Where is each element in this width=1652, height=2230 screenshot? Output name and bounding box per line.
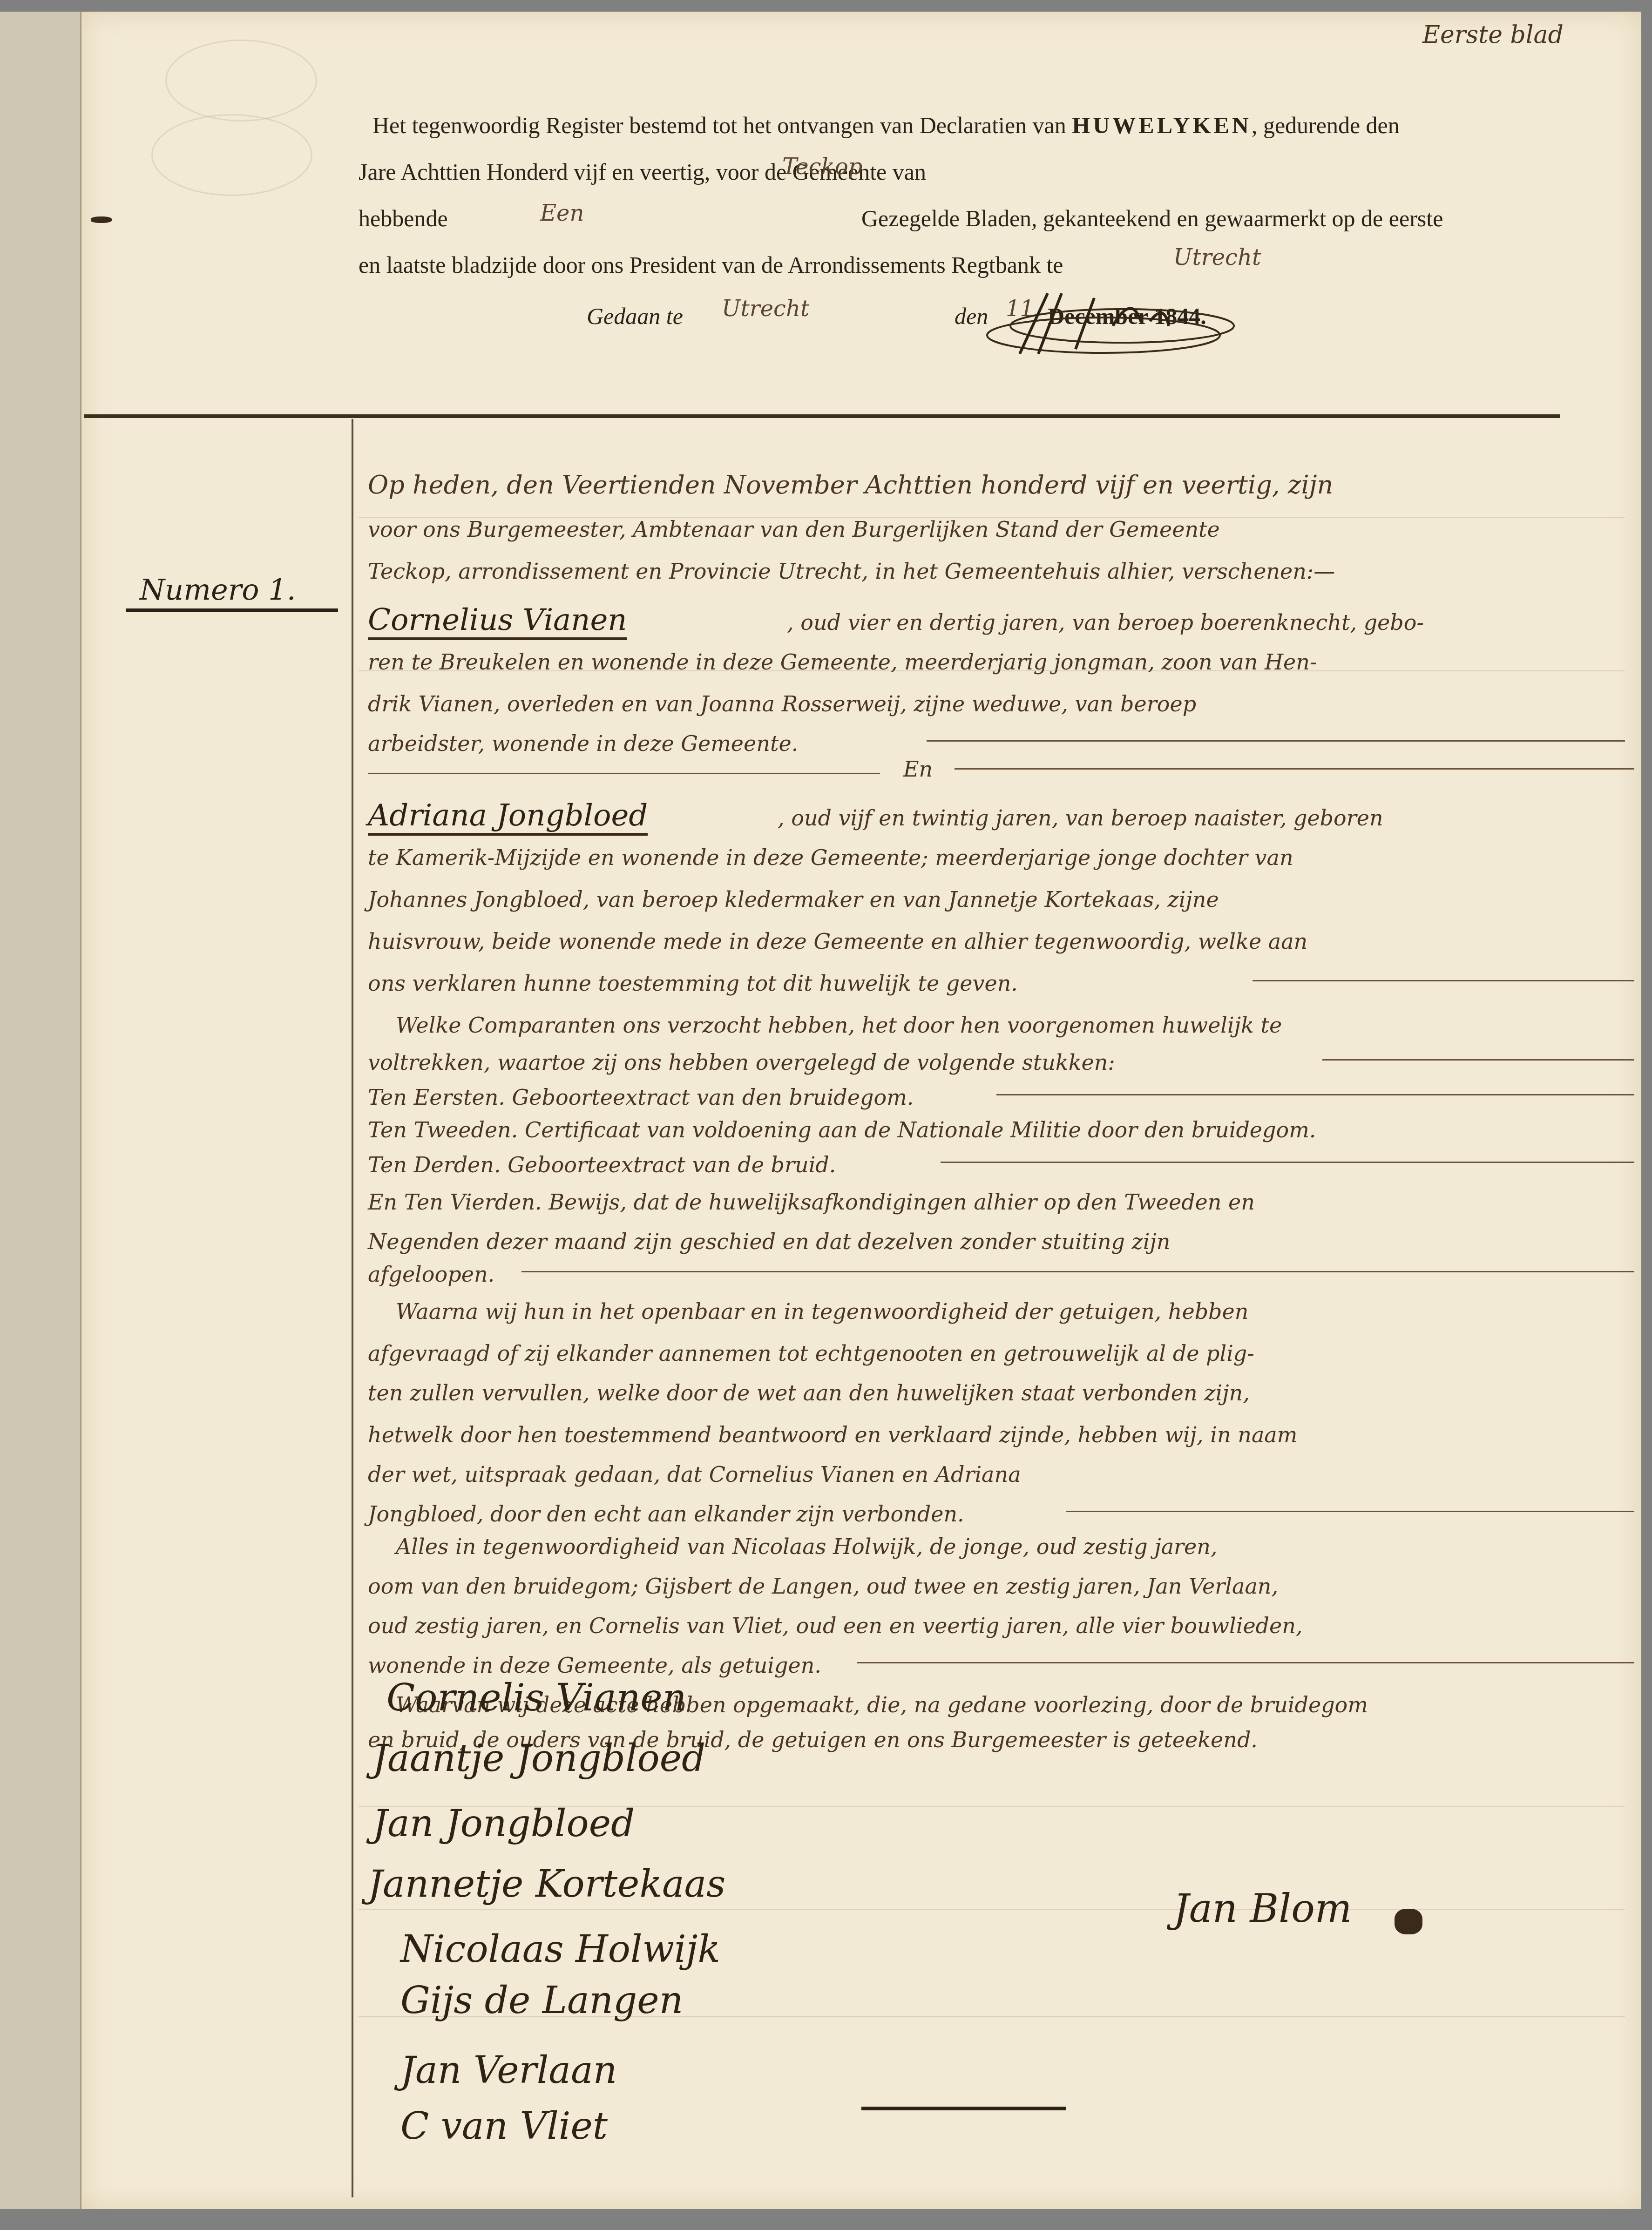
record-line: Welke Comparanten ons verzocht hebben, h… [396, 1013, 1282, 1038]
record-line-groom: Cornelius Vianen [368, 603, 627, 637]
record-line: Teckop, arrondissement en Provincie Utre… [368, 559, 1335, 584]
header-text: hebbende [359, 205, 448, 231]
court-city-handwritten: Utrecht [1173, 244, 1261, 270]
header-text: en laatste bladzijde door ons President … [359, 252, 1063, 278]
en-separator: En [903, 757, 933, 782]
record-line: oud zestig jaren, en Cornelis van Vliet,… [368, 1613, 1303, 1638]
filler-line [927, 740, 1625, 742]
filler-line [1253, 980, 1634, 981]
corner-note: Eerste blad [1422, 21, 1564, 49]
embossed-seal-icon [151, 114, 312, 196]
filler-line [996, 1094, 1634, 1095]
record-line: , oud vier en dertig jaren, van beroep b… [787, 610, 1424, 635]
record-line: Alles in tegenwoordigheid van Nicolaas H… [396, 1534, 1218, 1559]
record-line: voor ons Burgemeester, Ambtenaar van den… [368, 517, 1220, 542]
header-divider [84, 414, 1560, 418]
signature-mother: Jannetje Kortekaas [368, 1862, 725, 1906]
record-line: Ten Tweeden. Certificaat van voldoening … [368, 1117, 1316, 1142]
header-text: Gezegelde Bladen, gekanteekend en gewaar… [861, 205, 1443, 231]
groom-name: Cornelius Vianen [368, 603, 627, 640]
record-line: Jongbloed, door den echt aan elkander zi… [368, 1501, 964, 1527]
bride-name: Adriana Jongbloed [368, 798, 648, 836]
record-line: voltrekken, waartoe zij ons hebben overg… [368, 1050, 1115, 1075]
register-cover-edge [0, 12, 83, 2209]
header-line-3b: Gezegelde Bladen, gekanteekend en gewaar… [861, 205, 1443, 232]
record-line: ten zullen vervullen, welke door de wet … [368, 1380, 1250, 1406]
record-line: afgeloopen. [368, 1262, 494, 1287]
record-line: arbeidster, wonende in deze Gemeente. [368, 731, 798, 756]
header-line-1: Het tegenwoordig Register bestemd tot he… [372, 112, 1400, 139]
record-line: huisvrouw, beide wonende mede in deze Ge… [368, 929, 1307, 954]
president-signature-icon [982, 284, 1243, 363]
municipality-handwritten: Teckop [782, 154, 862, 180]
ruled-line [359, 1909, 1625, 1910]
record-number: Numero 1. [126, 573, 338, 612]
record-line: oom van den bruidegom; Gijsbert de Lange… [368, 1574, 1278, 1599]
record-line: En Ten Vierden. Bewijs, dat de huwelijks… [368, 1189, 1255, 1215]
ink-blot [1395, 1909, 1422, 1934]
record-line: ren te Breukelen en wonende in deze Geme… [368, 649, 1317, 675]
gedaan-label: Gedaan te [587, 303, 683, 330]
signature-witness: Jaantje Jongbloed [372, 1737, 705, 1780]
embossed-seal-icon [165, 40, 317, 122]
signature-witness: C van Vliet [400, 2104, 608, 2148]
record-line: Negenden dezer maand zijn geschied en da… [368, 1229, 1170, 1254]
ink-blot [91, 216, 112, 223]
filler-line [941, 1162, 1634, 1163]
header-line-3: hebbende [359, 205, 448, 232]
signature-witness: Gijs de Langen [400, 1979, 683, 2022]
burgemeester-signature: Jan Blom [1173, 1885, 1352, 1931]
register-page: Eerste blad [81, 12, 1641, 2209]
signature-witness: Jan Verlaan [400, 2048, 617, 2092]
header-text: , gedurende den [1252, 112, 1400, 138]
record-line: ons verklaren hunne toestemming tot dit … [368, 971, 1018, 996]
record-line: Op heden, den Veertienden November Achtt… [368, 470, 1333, 500]
record-line: te Kamerik-Mijzijde en wonende in deze G… [368, 845, 1293, 870]
signature-groom: Cornelis Vianen [386, 1676, 686, 1719]
sheet-count-handwritten: Een [540, 200, 584, 226]
filler-line [368, 773, 880, 774]
filler-line [955, 768, 1634, 770]
filler-line [1066, 1511, 1634, 1512]
record-line: Ten Eersten. Geboorteextract van den bru… [368, 1085, 914, 1110]
header-line-4: en laatste bladzijde door ons President … [359, 251, 1063, 278]
record-line-bride: Adriana Jongbloed [368, 798, 648, 833]
filler-line [1322, 1059, 1634, 1061]
filler-line [521, 1271, 1634, 1272]
gedaan-place-handwritten: Utrecht [722, 296, 809, 322]
huwelyken-heading: HUWELYKEN [1072, 112, 1252, 138]
margin-line [352, 419, 353, 2197]
record-line: Ten Derden. Geboorteextract van de bruid… [368, 1152, 836, 1177]
header-text: Het tegenwoordig Register bestemd tot he… [372, 112, 1072, 138]
record-line: Johannes Jongbloed, van beroep kledermak… [368, 887, 1219, 912]
record-line: afgevraagd of zij elkander aannemen tot … [368, 1341, 1254, 1366]
filler-line [857, 1662, 1634, 1663]
record-line: drik Vianen, overleden en van Joanna Ros… [368, 691, 1196, 716]
signature-witness: Nicolaas Holwijk [400, 1927, 720, 1971]
signature-father: Jan Jongbloed [372, 1802, 635, 1845]
record-line: hetwelk door hen toestemmend beantwoord … [368, 1422, 1297, 1447]
record-line: , oud vijf en twintig jaren, van beroep … [778, 805, 1383, 831]
closing-rule [861, 2107, 1066, 2110]
record-line: der wet, uitspraak gedaan, dat Cornelius… [368, 1462, 1021, 1487]
record-line: wonende in deze Gemeente, als getuigen. [368, 1653, 821, 1678]
president-signature-text: W. J. Pels [745, 358, 747, 359]
record-line: Waarna wij hun in het openbaar en in teg… [396, 1299, 1248, 1324]
